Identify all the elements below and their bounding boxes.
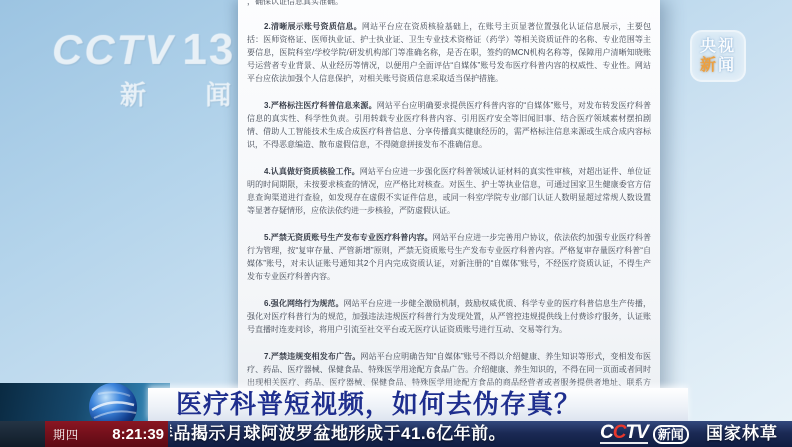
tv-news-frame: ，确保认证信息真实准确。 2.清晰展示账号资质信息。网站平台应在资质核验基础上，… <box>0 0 792 447</box>
channel-number: 13 <box>182 25 235 74</box>
badge-line1: 央视 <box>700 38 736 56</box>
document-intro-tail: ，确保认证信息真实准确。 <box>247 0 651 8</box>
bottom-left-corner <box>0 421 45 447</box>
datetime-box: 期四 8:21:39 <box>45 421 168 447</box>
paragraph-heading: 2.清晰展示账号资质信息。 <box>264 22 362 31</box>
paragraph-body: 网站平台应在资质核验基础上，在账号主页显著位置强化认证信息展示，主要包括：医师资… <box>247 22 651 83</box>
cctv-news-logo: CCTV 新闻 <box>600 421 689 447</box>
xinwen-pill: 新闻 <box>653 425 689 444</box>
ticker-next-item: 国家林草 <box>706 421 778 447</box>
weekday-label: 期四 <box>53 426 79 443</box>
document-page: ，确保认证信息真实准确。 2.清晰展示账号资质信息。网站平台应在资质核验基础上，… <box>238 0 660 447</box>
cctv-red-c: C <box>613 422 626 443</box>
headline-text: 医疗科普短视频，如何去伪存真？ <box>148 388 688 421</box>
cctv-news-label: 新 闻 <box>120 82 257 108</box>
badge-char-xin: 新 <box>700 57 718 74</box>
document-paragraph-2: 2.清晰展示账号资质信息。网站平台应在资质核验基础上，在账号主页显著位置强化认证… <box>247 20 651 85</box>
document-paragraph-3: 3.严格标注医疗科普信息来源。网站平台应明确要求提供医疗科普内容的“自媒体”账号… <box>247 99 651 151</box>
paragraph-heading: 4.认真做好资质核验工作。 <box>264 167 360 176</box>
paragraph-heading: 7.严禁违规变相发布广告。 <box>264 352 360 361</box>
document-paragraph-6: 6.强化网络行为规范。网站平台应进一步健全激励机制，鼓励权威优质、科学专业的医疗… <box>247 297 651 336</box>
cctv-wordmark: CCTV13 <box>52 28 257 72</box>
badge-line2: 新闻 <box>700 57 736 75</box>
document-paragraph-4: 4.认真做好资质核验工作。网站平台应进一步强化医疗科普领域认证材料的真实性审核，… <box>247 165 651 217</box>
paragraph-heading: 3.严格标注医疗科普信息来源。 <box>264 101 377 110</box>
cctv-wordmark-small: CCTV <box>600 424 648 444</box>
ticker-clip: 样品揭示月球阿波罗盆地形成于41.6亿年前。 <box>170 421 590 447</box>
paragraph-heading: 5.严禁无资质账号生产发布专业医疗科普内容。 <box>264 233 433 242</box>
ticker-text: 样品揭示月球阿波罗盆地形成于41.6亿年前。 <box>170 421 506 447</box>
clock-time: 8:21:39 <box>112 426 164 443</box>
news-ticker-bar: 样品揭示月球阿波罗盆地形成于41.6亿年前。 CCTV 新闻 国家林草 <box>168 421 792 447</box>
yangshi-xinwen-badge: 央视 新闻 <box>690 30 746 82</box>
headline-banner: 医疗科普短视频，如何去伪存真？ <box>148 388 688 421</box>
paragraph-heading: 6.强化网络行为规范。 <box>264 299 344 308</box>
badge-char-wen: 闻 <box>718 57 736 74</box>
cctv13-watermark-logo: CCTV13 新 闻 <box>52 28 257 108</box>
document-paragraph-5: 5.严禁无资质账号生产发布专业医疗科普内容。网站平台应进一步完善用户协议，依法依… <box>247 231 651 283</box>
